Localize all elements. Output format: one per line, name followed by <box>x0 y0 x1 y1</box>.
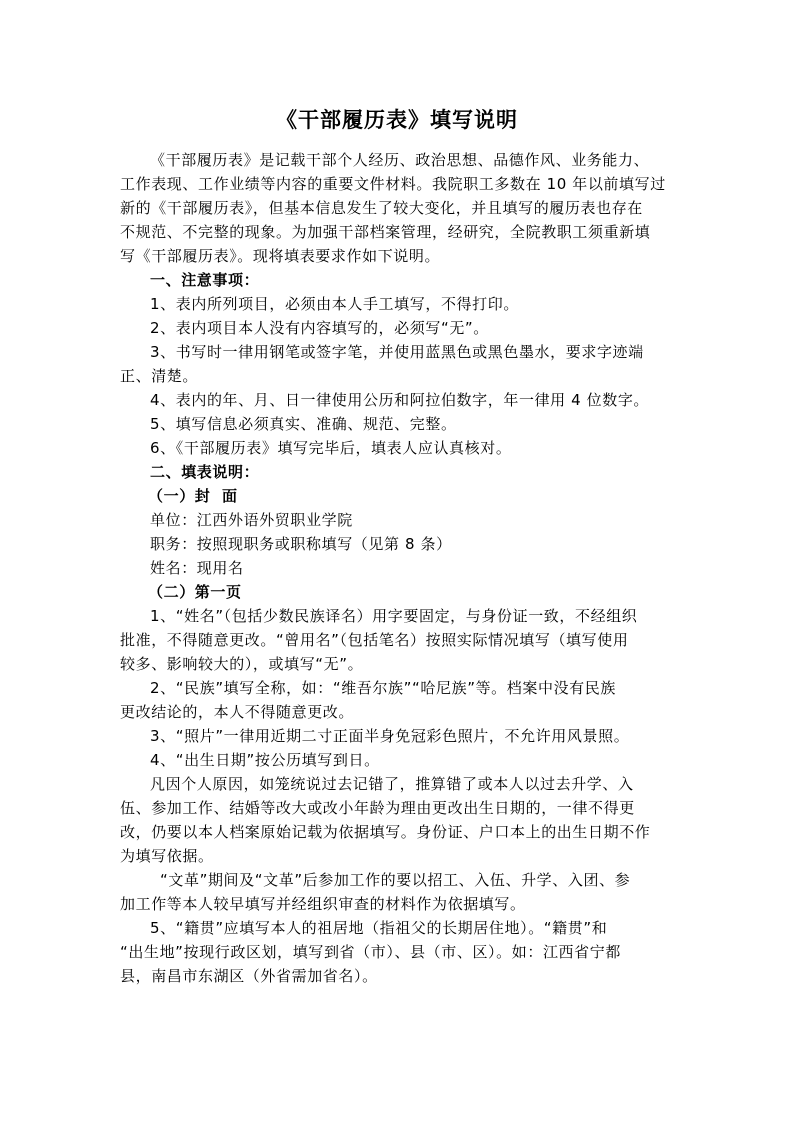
list-item: 1、“姓名”（包括少数民族译名）用字要固定，与身份证一致，不经组织 <box>120 604 676 628</box>
list-item: 2、“民族”填写全称，如：“维吾尔族”“哈尼族”等。档案中没有民族 <box>120 676 676 700</box>
paragraph-line: 加工作等本人较早填写并经组织审查的材料作为依据填写。 <box>120 892 676 916</box>
list-item: 5、填写信息必须真实、准确、规范、完整。 <box>120 412 676 436</box>
list-item: 3、书写时一律用钢笔或签字笔，并使用蓝黑色或黑色墨水，要求字迹端 <box>120 340 676 364</box>
list-item-continuation: “出生地”按现行政区划，填写到省（市）、县（市、区）。如：江西省宁都 <box>120 940 676 964</box>
list-item: 1、表内所列项目，必须由本人手工填写，不得打印。 <box>120 292 676 316</box>
document-body: 《干部履历表》是记载干部个人经历、政治思想、品德作风、业务能力、 工作表现、工作… <box>120 148 676 988</box>
paragraph-line: “文革”期间及“文革”后参加工作的要以招工、入伍、升学、入团、参 <box>120 868 676 892</box>
list-item: 6、《干部履历表》填写完毕后，填表人应认真核对。 <box>120 436 676 460</box>
list-item: 2、表内项目本人没有内容填写的，必须写“无”。 <box>120 316 676 340</box>
list-item-continuation: 批准，不得随意更改。“曾用名”（包括笔名）按照实际情况填写（填写使用 <box>120 628 676 652</box>
page1-list: 1、“姓名”（包括少数民族译名）用字要固定，与身份证一致，不经组织 批准，不得随… <box>120 604 676 988</box>
cover-position-line: 职务：按照现职务或职称填写（见第 8 条） <box>120 532 676 556</box>
document-page: 《干部履历表》填写说明 《干部履历表》是记载干部个人经历、政治思想、品德作风、业… <box>0 0 794 1123</box>
document-title: 《干部履历表》填写说明 <box>0 106 794 134</box>
paragraph-line: 为填写依据。 <box>120 844 676 868</box>
subsection-heading-cover: （一）封 面 <box>120 484 676 508</box>
list-item-continuation: 更改结论的，本人不得随意更改。 <box>120 700 676 724</box>
cover-name-line: 姓名：现用名 <box>120 556 676 580</box>
section-heading-notes: 一、注意事项： <box>120 268 676 292</box>
paragraph-line: 不规范、不完整的现象。为加强干部档案管理，经研究，全院教职工须重新填 <box>120 220 676 244</box>
list-item: 5、“籍贯”应填写本人的祖居地（指祖父的长期居住地）。“籍贯”和 <box>120 916 676 940</box>
list-item: 4、“出生日期”按公历填写到日。 <box>120 748 676 772</box>
paragraph-line: 写《干部履历表》。现将填表要求作如下说明。 <box>120 244 676 268</box>
paragraph-line: 伍、参加工作、结婚等改大或改小年龄为理由更改出生日期的，一律不得更 <box>120 796 676 820</box>
list-item: 3、“照片”一律用近期二寸正面半身免冠彩色照片，不允许用风景照。 <box>120 724 676 748</box>
list-item-continuation: 较多、影响较大的），或填写“无”。 <box>120 652 676 676</box>
paragraph-line: 凡因个人原因，如笼统说过去记错了，推算错了或本人以过去升学、入 <box>120 772 676 796</box>
intro-paragraph: 《干部履历表》是记载干部个人经历、政治思想、品德作风、业务能力、 工作表现、工作… <box>120 148 676 268</box>
list-item: 4、表内的年、月、日一律使用公历和阿拉伯数字，年一律用 4 位数字。 <box>120 388 676 412</box>
paragraph-line: 改，仍要以本人档案原始记载为依据填写。身份证、户口本上的出生日期不作 <box>120 820 676 844</box>
paragraph-line: 《干部履历表》是记载干部个人经历、政治思想、品德作风、业务能力、 <box>120 148 676 172</box>
notes-list: 1、表内所列项目，必须由本人手工填写，不得打印。 2、表内项目本人没有内容填写的… <box>120 292 676 460</box>
paragraph-line: 工作表现、工作业绩等内容的重要文件材料。我院职工多数在 10 年以前填写过 <box>120 172 676 196</box>
list-item-continuation: 正、清楚。 <box>120 364 676 388</box>
cover-unit-line: 单位：江西外语外贸职业学院 <box>120 508 676 532</box>
paragraph-line: 新的《干部履历表》，但基本信息发生了较大变化，并且填写的履历表也存在 <box>120 196 676 220</box>
list-item-continuation: 县，南昌市东湖区（外省需加省名）。 <box>120 964 676 988</box>
subsection-heading-page1: （二）第一页 <box>120 580 676 604</box>
section-heading-instructions: 二、填表说明： <box>120 460 676 484</box>
